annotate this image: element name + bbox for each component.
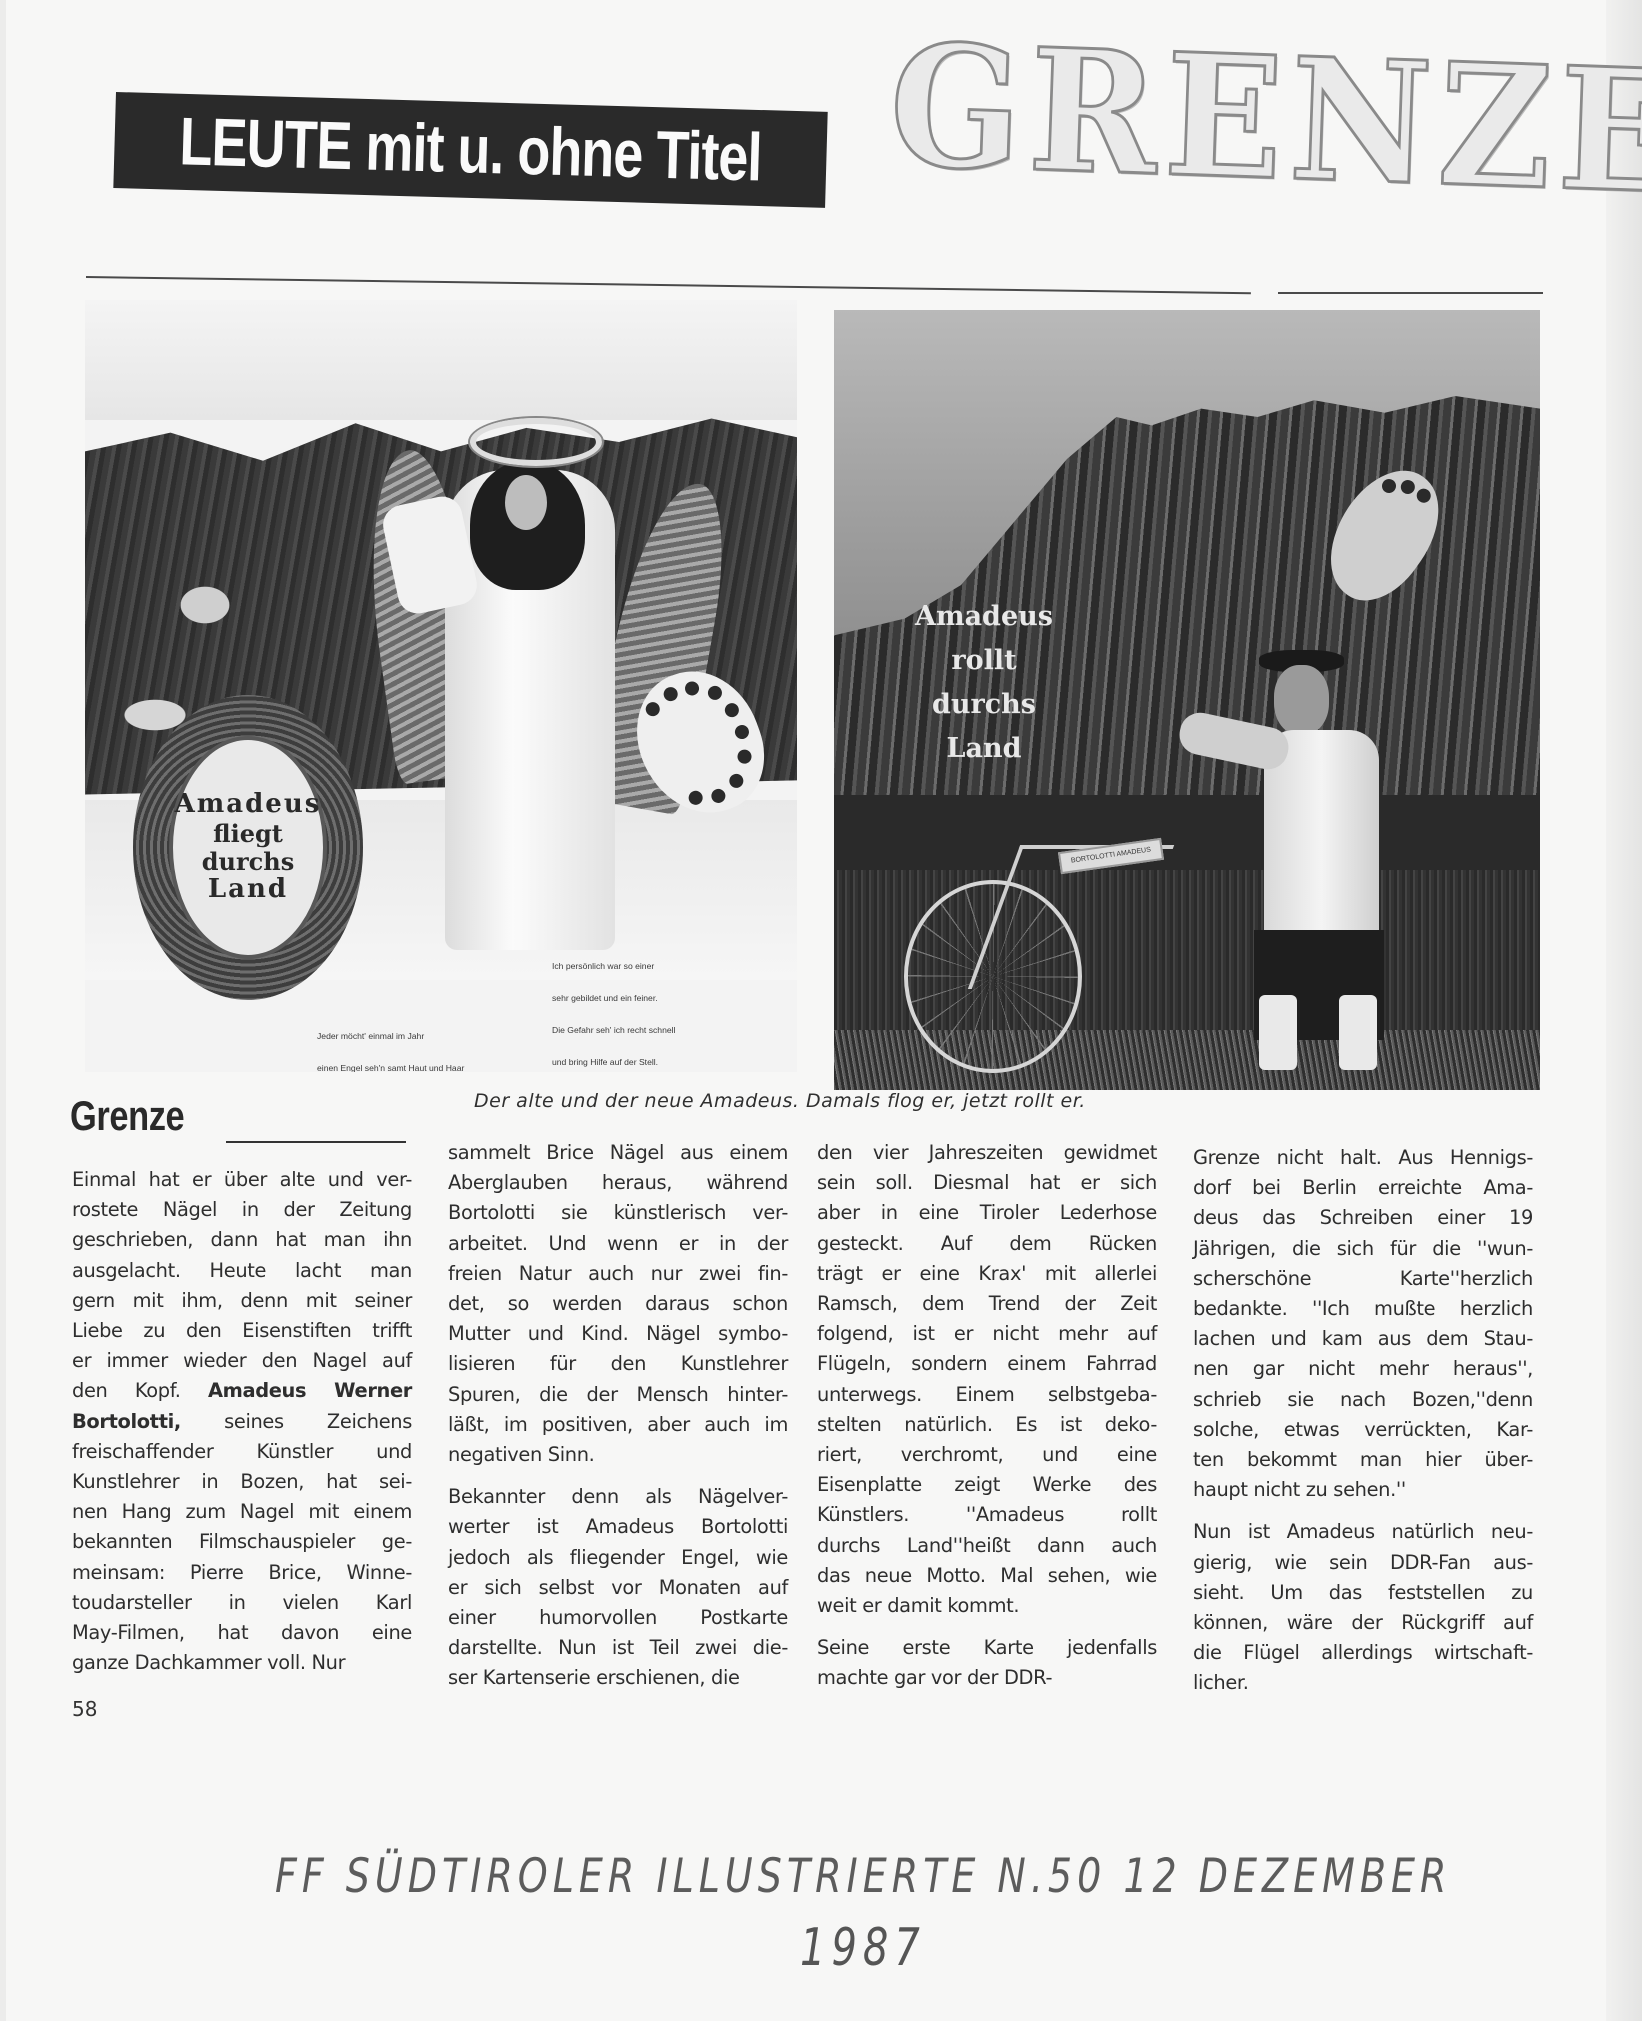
text-line: Mutter und Kind. Nägel symbo- [448, 1319, 788, 1349]
text-line: sammelt Brice Nägel aus einem [448, 1138, 788, 1168]
text-line: darstellte. Nun ist Teil zwei die- [448, 1633, 788, 1663]
text-line: durchs Land''heißt dann auch [817, 1531, 1157, 1561]
section-label-bar: LEUTE mit u. ohne Titel [113, 92, 827, 208]
text-line: rostete Nägel in der Zeitung [72, 1195, 412, 1225]
text-line: haupt nicht zu sehen.'' [1193, 1475, 1533, 1505]
ornate-mirror-frame: Amadeus fliegt durchs Land [133, 695, 363, 1000]
text-line: arbeitet. Und wenn er in der [448, 1229, 788, 1259]
card-title: Amadeus rollt durchs Land [894, 595, 1074, 771]
text-line: riert, verchromt, und eine [817, 1440, 1157, 1470]
text-line: weit er damit kommt. [817, 1591, 1157, 1621]
text-line: meinsam: Pierre Brice, Winne- [72, 1558, 412, 1588]
text-line: die Flügel allerdings wirtschaft- [1193, 1638, 1533, 1668]
text-line: Künstlers. ''Amadeus rollt [817, 1500, 1157, 1530]
text-line: sieht. Um das feststellen zu [1193, 1578, 1533, 1608]
text-line: det, so werden daraus schon [448, 1289, 788, 1319]
header-rule [86, 276, 1251, 294]
text-line: können, wäre der Rückgriff auf [1193, 1608, 1533, 1638]
text-line: deus das Schreiben einer 19 [1193, 1203, 1533, 1233]
text-line: das neue Motto. Mal sehen, wie [817, 1561, 1157, 1591]
grenze-logo-text: GRENZE [887, 6, 1642, 232]
text-line: einer humorvollen Postkarte [448, 1603, 788, 1633]
text-line: Nun ist Amadeus natürlich neu- [1193, 1517, 1533, 1547]
text-line: Seine erste Karte jedenfalls [817, 1633, 1157, 1663]
text-line: scherschöne Karte''herzlich [1193, 1264, 1533, 1294]
photo-caption: Der alte und der neue Amadeus. Damals fl… [474, 1090, 1086, 1112]
text-line: machte gar vor der DDR- [817, 1663, 1157, 1693]
text-line: schrieb sie nach Bozen,''denn [1193, 1385, 1533, 1415]
poem-left: Jeder möcht' einmal im Jahr einen Engel … [317, 1010, 464, 1072]
mirror-text: Amadeus fliegt durchs Land [169, 736, 327, 959]
text-line: aber in eine Tiroler Lederhose [817, 1198, 1157, 1228]
halo-icon [470, 418, 602, 466]
article-paragraph: sammelt Brice Nägel aus einemAberglauben… [448, 1138, 788, 1470]
article-column-4: Grenze nicht halt. Aus Hennigs-dorf bei … [1193, 1143, 1533, 1711]
text-line: solche, etwas verrückten, Kar- [1193, 1415, 1533, 1445]
text-line: nen gar nicht mehr heraus'', [1193, 1354, 1533, 1384]
article-paragraph: den vier Jahreszeiten gewidmetsein soll.… [817, 1138, 1157, 1621]
section-label: LEUTE mit u. ohne Titel [179, 103, 763, 197]
article-column-2: sammelt Brice Nägel aus einemAberglauben… [448, 1138, 788, 1706]
page-number: 58 [72, 1697, 97, 1721]
text-line: sein soll. Diesmal hat er sich [817, 1168, 1157, 1198]
text-line: Spuren, die der Mensch hinter- [448, 1380, 788, 1410]
text-line: gierig, wie sein DDR-Fan aus- [1193, 1548, 1533, 1578]
article-heading: Grenze [70, 1092, 184, 1140]
text-line: folgend, ist er nicht mehr auf [817, 1319, 1157, 1349]
handwritten-source-note: FF SÜDTIROLER ILLUSTRIERTE N.50 12 DEZEM… [275, 1848, 1451, 1903]
text-line: Liebe zu den Eisenstiften trifft [72, 1316, 412, 1346]
text-line: Flügeln, sondern einem Fahrrad [817, 1349, 1157, 1379]
text-line: gesteckt. Auf dem Rücken [817, 1229, 1157, 1259]
article-paragraph: Bekannter denn als Nägelver-werter ist A… [448, 1482, 788, 1693]
text-line: ser Kartenserie erschienen, die [448, 1663, 788, 1693]
text-line: Bortolotti sie künstlerisch ver- [448, 1198, 788, 1228]
text-line: ganze Dachkammer voll. Nur [72, 1648, 412, 1678]
text-line: stelten natürlich. Es ist deko- [817, 1410, 1157, 1440]
article-column-3: den vier Jahreszeiten gewidmetsein soll.… [817, 1138, 1157, 1706]
text-line: er sich selbst vor Monaten auf [448, 1573, 788, 1603]
text-line: freischaffender Künstler und [72, 1437, 412, 1467]
handwritten-year: 1987 [800, 1918, 926, 1978]
text-line: ten bekommt man hier über- [1193, 1445, 1533, 1475]
text-line: unterwegs. Einem selbstgeba- [817, 1380, 1157, 1410]
text-line: Einmal hat er über alte und ver- [72, 1165, 412, 1195]
text-line: ausgelacht. Heute lacht man [72, 1256, 412, 1286]
text-line: May-Filmen, hat davon eine [72, 1618, 412, 1648]
text-line: trägt er eine Krax' mit allerlei [817, 1259, 1157, 1289]
photo-bicycle-postcard: Amadeus rollt durchs Land BORTOLOTTI AMA… [834, 310, 1540, 1090]
article-paragraph: Seine erste Karte jedenfallsmachte gar v… [817, 1633, 1157, 1693]
scan-left-edge [0, 0, 6, 2021]
text-line: negativen Sinn. [448, 1440, 788, 1470]
text-line: werter ist Amadeus Bortolotti [448, 1512, 788, 1542]
text-line: Grenze nicht halt. Aus Hennigs- [1193, 1143, 1533, 1173]
poem-right: Ich persönlich war so einer sehr gebilde… [552, 940, 707, 1072]
text-line: lachen und kam aus dem Stau- [1193, 1324, 1533, 1354]
text-line: Kunstlehrer in Bozen, hat sei- [72, 1467, 412, 1497]
photo-angel-postcard: Amadeus fliegt durchs Land Jeder möcht' … [85, 300, 797, 1072]
article-column-1: Einmal hat er über alte und ver-rostete … [72, 1165, 412, 1690]
header-rule-right [1278, 292, 1543, 294]
article-paragraph: Nun ist Amadeus natürlich neu-gierig, wi… [1193, 1517, 1533, 1698]
grenze-logo: GRENZE [890, 20, 1620, 190]
text-line: läßt, im positiven, aber auch im [448, 1410, 788, 1440]
text-line: Jährigen, die sich für die ''wun- [1193, 1234, 1533, 1264]
text-line: bedankte. ''Ich mußte herzlich [1193, 1294, 1533, 1324]
text-line: den vier Jahreszeiten gewidmet [817, 1138, 1157, 1168]
text-line: dorf bei Berlin erreichte Ama- [1193, 1173, 1533, 1203]
text-line: lisieren für den Kunstlehrer [448, 1349, 788, 1379]
scan-right-edge [1606, 0, 1642, 2021]
article-paragraph: Grenze nicht halt. Aus Hennigs-dorf bei … [1193, 1143, 1533, 1505]
text-line: Eisenplatte zeigt Werke des [817, 1470, 1157, 1500]
text-line: jedoch als fliegender Engel, wie [448, 1543, 788, 1573]
text-line: gern mit ihm, denn mit seiner [72, 1286, 412, 1316]
text-line: nen Hang zum Nagel mit einem [72, 1497, 412, 1527]
text-line: er immer wieder den Nagel auf [72, 1346, 412, 1376]
text-line: bekannten Filmschauspieler ge- [72, 1527, 412, 1557]
text-line: geschrieben, dann hat man ihn [72, 1225, 412, 1255]
text-line: toudarsteller in vielen Karl [72, 1588, 412, 1618]
text-line: Bekannter denn als Nägelver- [448, 1482, 788, 1512]
text-line: den Kopf. Amadeus Werner [72, 1376, 412, 1406]
article-paragraph: Einmal hat er über alte und ver-rostete … [72, 1165, 412, 1678]
text-line: freien Natur auch nur zwei fin- [448, 1259, 788, 1289]
text-line: Aberglauben heraus, während [448, 1168, 788, 1198]
text-line: licher. [1193, 1668, 1533, 1698]
text-line: Ramsch, dem Trend der Zeit [817, 1289, 1157, 1319]
text-line: Bortolotti, seines Zeichens [72, 1407, 412, 1437]
heading-rule [226, 1141, 406, 1143]
